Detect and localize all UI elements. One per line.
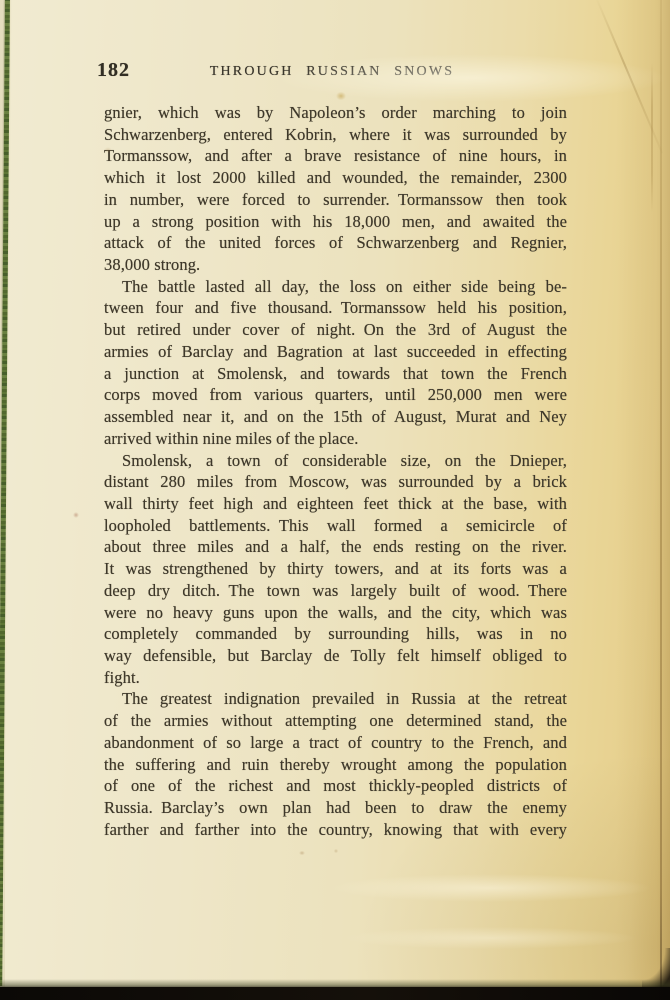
text-line: corps moved from various quarters, until… <box>104 384 567 406</box>
text-line: the suffering and ruin thereby wrought a… <box>104 754 567 776</box>
text-line: fight. <box>104 667 567 689</box>
text-line: The battle lasted all day, the loss on e… <box>104 276 567 298</box>
text-line: of one of the richest and most thickly-p… <box>104 775 567 797</box>
book-page: 182 THROUGH RUSSIAN SNOWS gnier, which w… <box>0 0 670 987</box>
text-line: armies of Barclay and Bagration at last … <box>104 341 567 363</box>
text-line: way defensible, but Barclay de Tolly fel… <box>104 645 567 667</box>
book-below-page <box>0 987 670 1000</box>
text-line: gnier, which was by Napoleon’s order mar… <box>104 102 567 124</box>
text-line: 38,000 strong. <box>104 254 567 276</box>
text-line: distant 280 miles from Moscow, was surro… <box>104 471 567 493</box>
page-right-edge <box>660 0 662 987</box>
text-line: up a strong position with his 18,000 men… <box>104 211 567 233</box>
text-line: attack of the united forces of Schwarzen… <box>104 232 567 254</box>
paper-crease-top-right <box>595 0 663 154</box>
text-line: Smolensk, a town of considerable size, o… <box>104 450 567 472</box>
text-line: farther and farther into the country, kn… <box>104 819 567 841</box>
text-line: Schwarzenberg, entered Kobrin, where it … <box>104 124 567 146</box>
text-line: were no heavy guns upon the walls, and t… <box>104 602 567 624</box>
text-line: abandonment of so large a tract of count… <box>104 732 567 754</box>
paper-crease-right <box>651 62 653 212</box>
text-line: in number, were forced to surrender. Tor… <box>104 189 567 211</box>
text-line: but retired under cover of night. On the… <box>104 319 567 341</box>
text-line: completely commanded by surrounding hill… <box>104 623 567 645</box>
text-line: Russia. Barclay’s own plan had been to d… <box>104 797 567 819</box>
scanned-book-spread: 182 THROUGH RUSSIAN SNOWS gnier, which w… <box>0 0 670 1000</box>
text-line: about three miles and a half, the ends r… <box>104 536 567 558</box>
text-line: a junction at Smolensk, and towards that… <box>104 363 567 385</box>
text-line: It was strengthened by thirty towers, an… <box>104 558 567 580</box>
text-line: loopholed battlements. This wall formed … <box>104 515 567 537</box>
text-line: deep dry ditch. The town was largely bui… <box>104 580 567 602</box>
text-line: tween four and five thousand. Tormanssow… <box>104 297 567 319</box>
text-line: The greatest indignation prevailed in Ru… <box>104 688 567 710</box>
text-line: of the armies without attempting one det… <box>104 710 567 732</box>
text-line: assembled near it, and on the 15th of Au… <box>104 406 567 428</box>
body-text: gnier, which was by Napoleon’s order mar… <box>104 102 567 840</box>
text-line: wall thirty feet high and eighteen feet … <box>104 493 567 515</box>
text-line: arrived within nine miles of the place. <box>104 428 567 450</box>
text-line: Tormanssow, and after a brave resistance… <box>104 145 567 167</box>
text-line: which it lost 2000 killed and wounded, t… <box>104 167 567 189</box>
running-head: 182 THROUGH RUSSIAN SNOWS <box>96 59 568 85</box>
running-title: THROUGH RUSSIAN SNOWS <box>96 64 568 80</box>
